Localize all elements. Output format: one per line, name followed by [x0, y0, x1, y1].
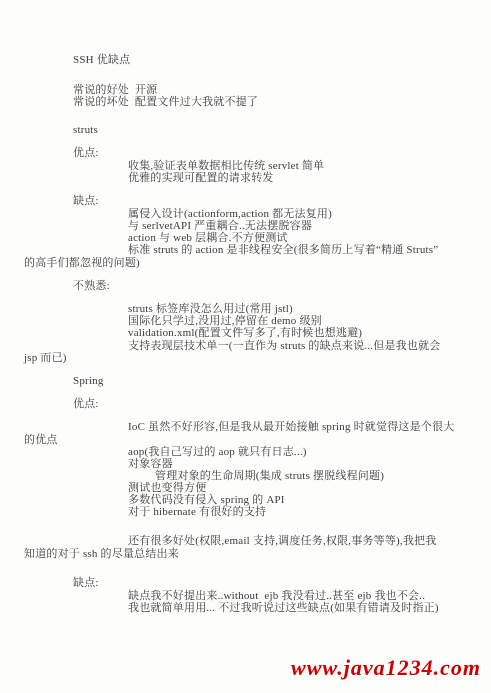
text-line: 管理对象的生命周期(集成 struts 摆脱线程问题)	[155, 470, 384, 482]
text-line: 属侵入设计(actionform,action 都无法复用)	[128, 208, 332, 220]
text-line: action 与 web 层耦合.不方便测试	[128, 232, 288, 244]
text-line: 缺点:	[73, 577, 99, 589]
text-line: 测试也变得方便	[128, 482, 206, 494]
text-line: 优点:	[73, 398, 99, 410]
text-line: SSH 优缺点	[73, 54, 130, 66]
text-line: 缺点我不好提出来..without ejb 我没看过..甚至 ejb 我也不会.…	[128, 590, 425, 602]
text-line: jsp 而已)	[24, 352, 67, 364]
text-line: 对于 hibernate 有很好的支持	[128, 506, 266, 518]
text-line: IoC 虽然不好形容,但是我从最开始接触 spring 时就觉得这是个很大	[128, 421, 454, 433]
text-line: 国际化只学过,没用过,停留在 demo 级别	[128, 315, 322, 327]
text-line: struts 标签库没怎么用过(常用 jstl)	[128, 303, 293, 315]
text-line: 优雅的实现可配置的请求转发	[128, 172, 274, 184]
text-line: 我也就简单用用... 不过我听说过这些缺点(如果有错请及时指正)	[128, 602, 439, 614]
text-line: 多数代码没有侵入 spring 的 API	[128, 494, 285, 506]
text-line: 的高手们都忽视的问题)	[24, 257, 140, 269]
text-line: aop(我自己写过的 aop 就只有日志...)	[128, 446, 307, 458]
text-line: struts	[73, 124, 98, 136]
text-line: 不熟悉:	[73, 280, 110, 292]
text-line: 与 serlvetAPI 严重耦合..无法摆脱容器	[128, 220, 312, 232]
document-page: SSH 优缺点常说的好处 开源常说的坏处 配置文件过大我就不提了struts优点…	[0, 0, 491, 693]
text-line: 知道的对于 ssh 的尽量总结出来	[24, 548, 179, 560]
text-line: 的优点	[24, 434, 58, 446]
text-line: 收集,验证表单数据相比传统 servlet 简单	[128, 160, 324, 172]
text-line: 常说的好处 开源	[73, 84, 157, 96]
text-line: 缺点:	[73, 195, 99, 207]
text-line: 对象容器	[128, 458, 173, 470]
text-line: validation.xml(配置文件写多了,有时候也想逃避)	[128, 327, 362, 339]
text-line: 常说的坏处 配置文件过大我就不提了	[73, 96, 258, 108]
text-line: 支持表现层技术单一(一直作为 struts 的缺点来说...但是我也就会	[128, 340, 440, 352]
text-line: 还有很多好处(权限,email 支持,调度任务,权限,事务等等),我把我	[128, 535, 436, 547]
watermark-site-url: www.java1234.com	[291, 655, 481, 681]
text-line: Spring	[73, 375, 104, 387]
text-line: 优点:	[73, 147, 99, 159]
text-line: 标准 struts 的 action 是非线程安全(很多简历上写着“精通 Str…	[128, 244, 438, 256]
